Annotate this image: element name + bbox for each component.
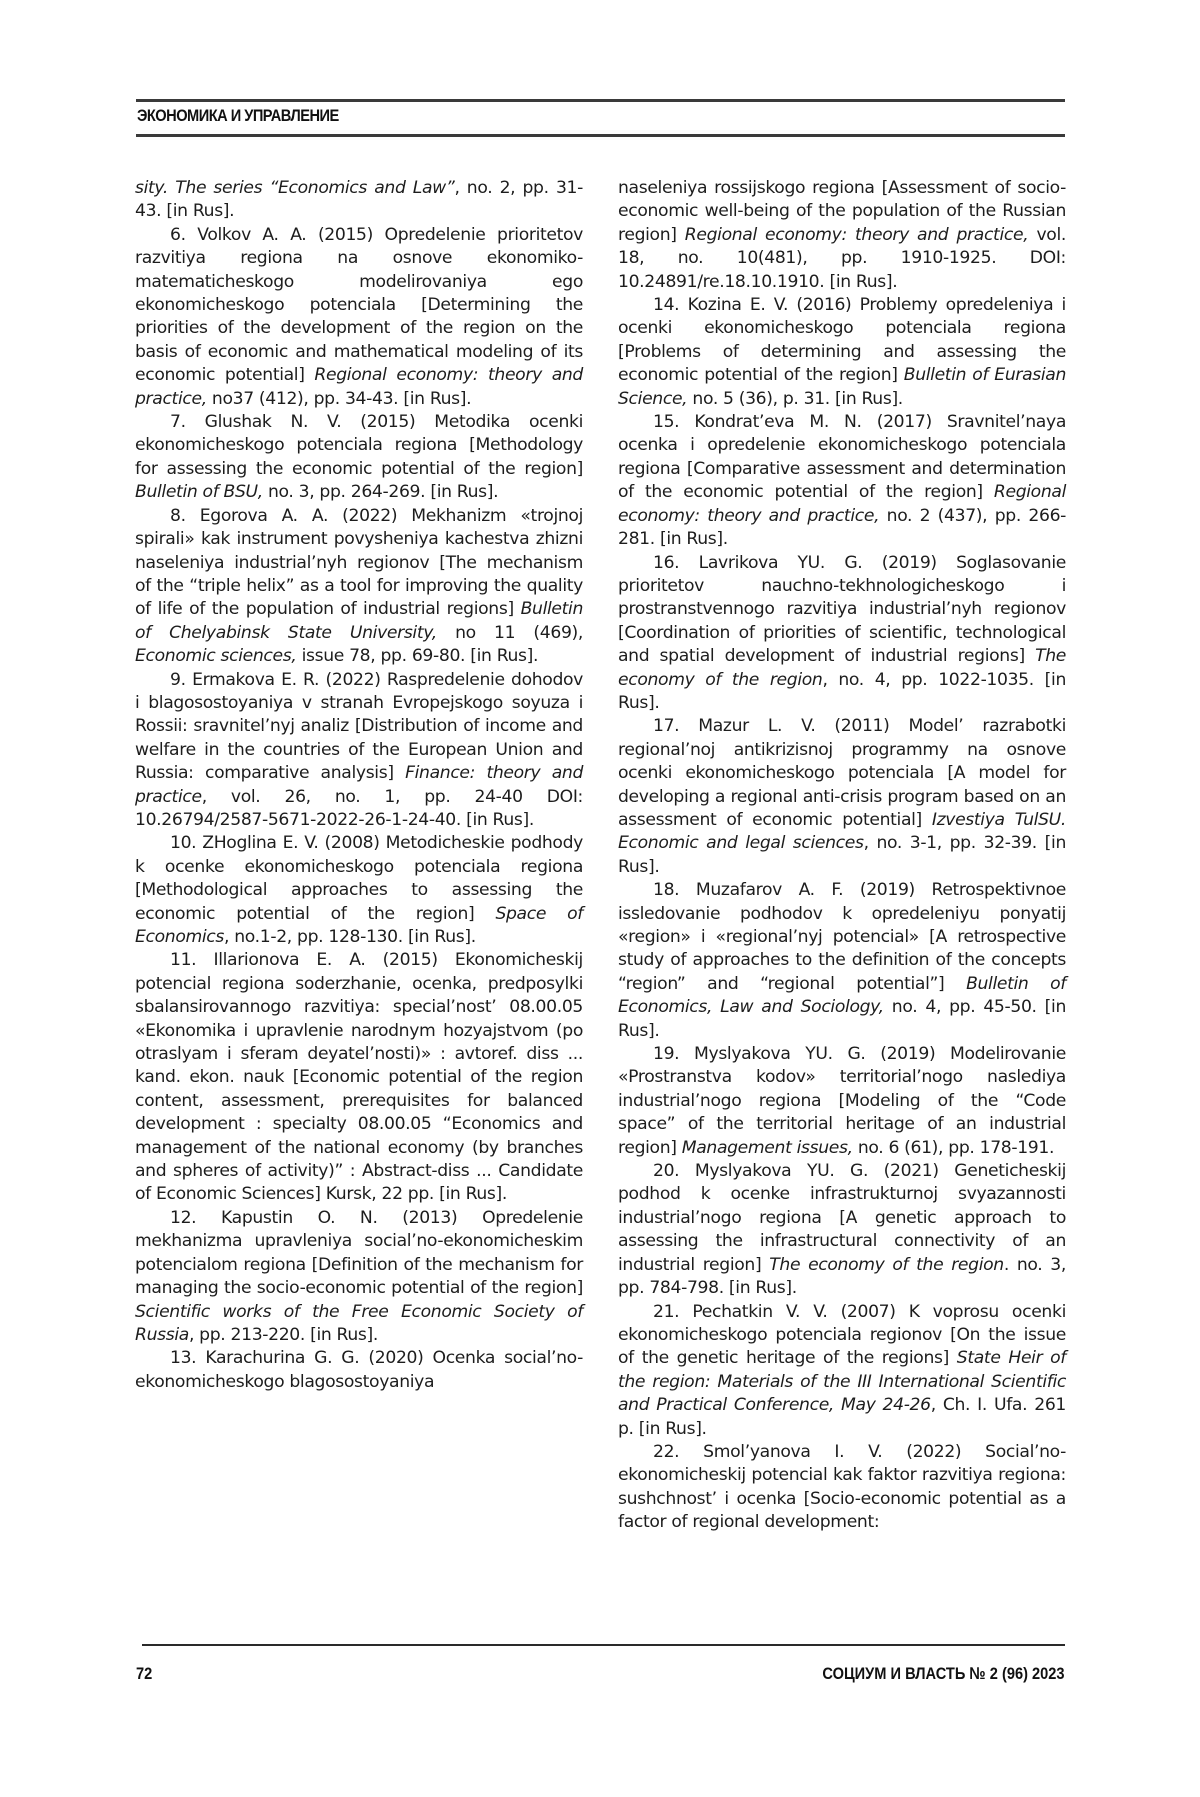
reference-item: 12. Kapustin O. N. (2013) Opredelenie me… <box>135 1207 583 1347</box>
section-title: ЭКОНОМИКА И УПРАВЛЕНИЕ <box>137 106 339 126</box>
header-bottom-rule <box>136 134 1065 137</box>
reference-item: 17. Mazur L. V. (2011) Model’ razrabotki… <box>618 715 1066 879</box>
reference-item: 22. Smol’yanova I. V. (2022) Social’no-e… <box>618 1441 1066 1535</box>
reference-item: 10. ZHoglina E. V. (2008) Metodicheskie … <box>135 832 583 949</box>
reference-item: 13. Karachurina G. G. (2020) Ocenka soci… <box>135 1347 583 1394</box>
page-number: 72 <box>136 1664 152 1684</box>
reference-item: 16. Lavrikova YU. G. (2019) Soglasovanie… <box>618 552 1066 716</box>
reference-item: 6. Volkov A. A. (2015) Opredelenie prior… <box>135 224 583 411</box>
reference-item: 9. Ermakova E. R. (2022) Raspredelenie d… <box>135 669 583 833</box>
journal-issue: СОЦИУМ И ВЛАСТЬ № 2 (96) 2023 <box>823 1664 1065 1684</box>
reference-item: 8. Egorova A. A. (2022) Mekhanizm «trojn… <box>135 505 583 669</box>
references-right-column: naseleniya rossijskogo regiona [Assessme… <box>618 177 1066 1535</box>
journal-page: ЭКОНОМИКА И УПРАВЛЕНИЕ sity. The series … <box>0 0 1200 1797</box>
reference-item: 15. Kondrat’eva M. N. (2017) Sravnitel’n… <box>618 411 1066 551</box>
footer-rule <box>142 1644 1065 1646</box>
references-left-column: sity. The series “Economics and Law”, no… <box>135 177 583 1394</box>
reference-item: sity. The series “Economics and Law”, no… <box>135 177 583 224</box>
reference-item: 14. Kozina E. V. (2016) Problemy opredel… <box>618 294 1066 411</box>
reference-item: 18. Muzafarov A. F. (2019) Retrospektivn… <box>618 879 1066 1043</box>
header-top-rule <box>136 99 1065 102</box>
reference-item: 21. Pechatkin V. V. (2007) K voprosu oce… <box>618 1301 1066 1441</box>
reference-item: 20. Myslyakova YU. G. (2021) Genetichesk… <box>618 1160 1066 1300</box>
reference-item: 19. Myslyakova YU. G. (2019) Modelirovan… <box>618 1043 1066 1160</box>
reference-item: 11. Illarionova E. A. (2015) Ekonomiches… <box>135 949 583 1206</box>
reference-item: naseleniya rossijskogo regiona [Assessme… <box>618 177 1066 294</box>
reference-item: 7. Glushak N. V. (2015) Metodika ocenki … <box>135 411 583 505</box>
